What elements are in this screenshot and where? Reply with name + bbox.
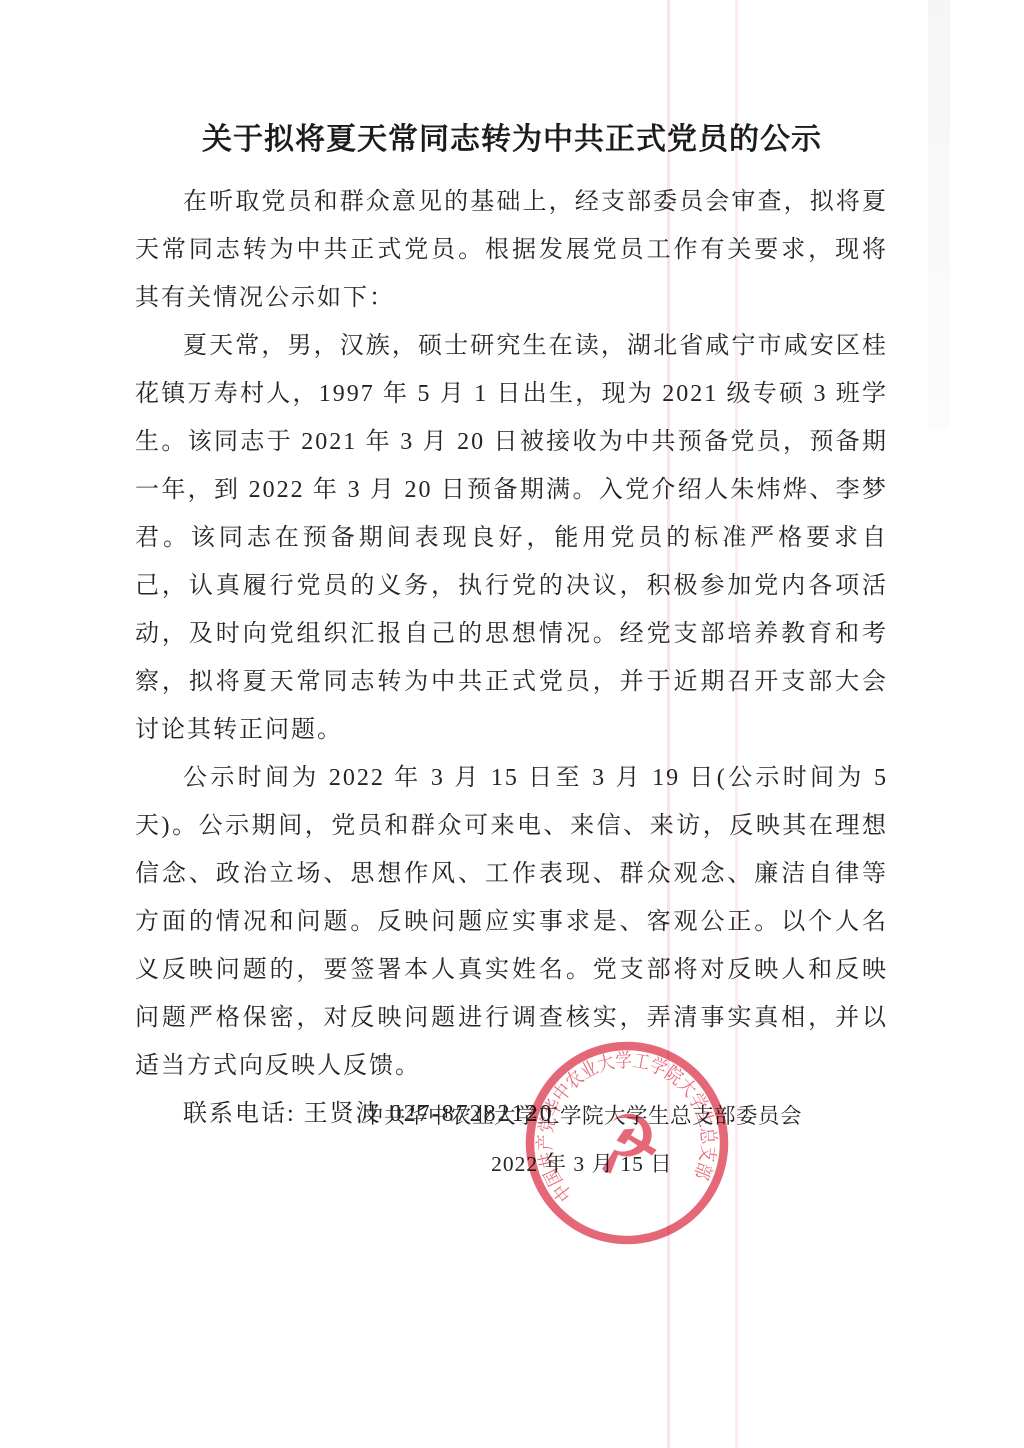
document-body: 在听取党员和群众意见的基础上，经支部委员会审查，拟将夏天常同志转为中共正式党员。… <box>135 178 888 1138</box>
signature-date: 2022 年 3 月 15 日 <box>362 1140 802 1188</box>
announcement-page: 关于拟将夏天常同志转为中共正式党员的公示 在听取党员和群众意见的基础上，经支部委… <box>0 0 1024 1448</box>
paragraph-intro: 在听取党员和群众意见的基础上，经支部委员会审查，拟将夏天常同志转为中共正式党员。… <box>135 178 888 322</box>
document-footer: 中共华中农业大学工学院大学生总支部委员会 2022 年 3 月 15 日 <box>362 1092 802 1188</box>
signature-org: 中共华中农业大学工学院大学生总支部委员会 <box>362 1092 802 1140</box>
page-title: 关于拟将夏天常同志转为中共正式党员的公示 <box>0 114 1024 166</box>
scan-artifact-smudge <box>928 0 950 430</box>
paragraph-candidate-info: 夏天常，男，汉族，硕士研究生在读，湖北省咸宁市咸安区桂花镇万寿村人，1997 年… <box>135 322 888 754</box>
paragraph-publicity-period: 公示时间为 2022 年 3 月 15 日至 3 月 19 日(公示时间为 5 … <box>135 754 888 1090</box>
